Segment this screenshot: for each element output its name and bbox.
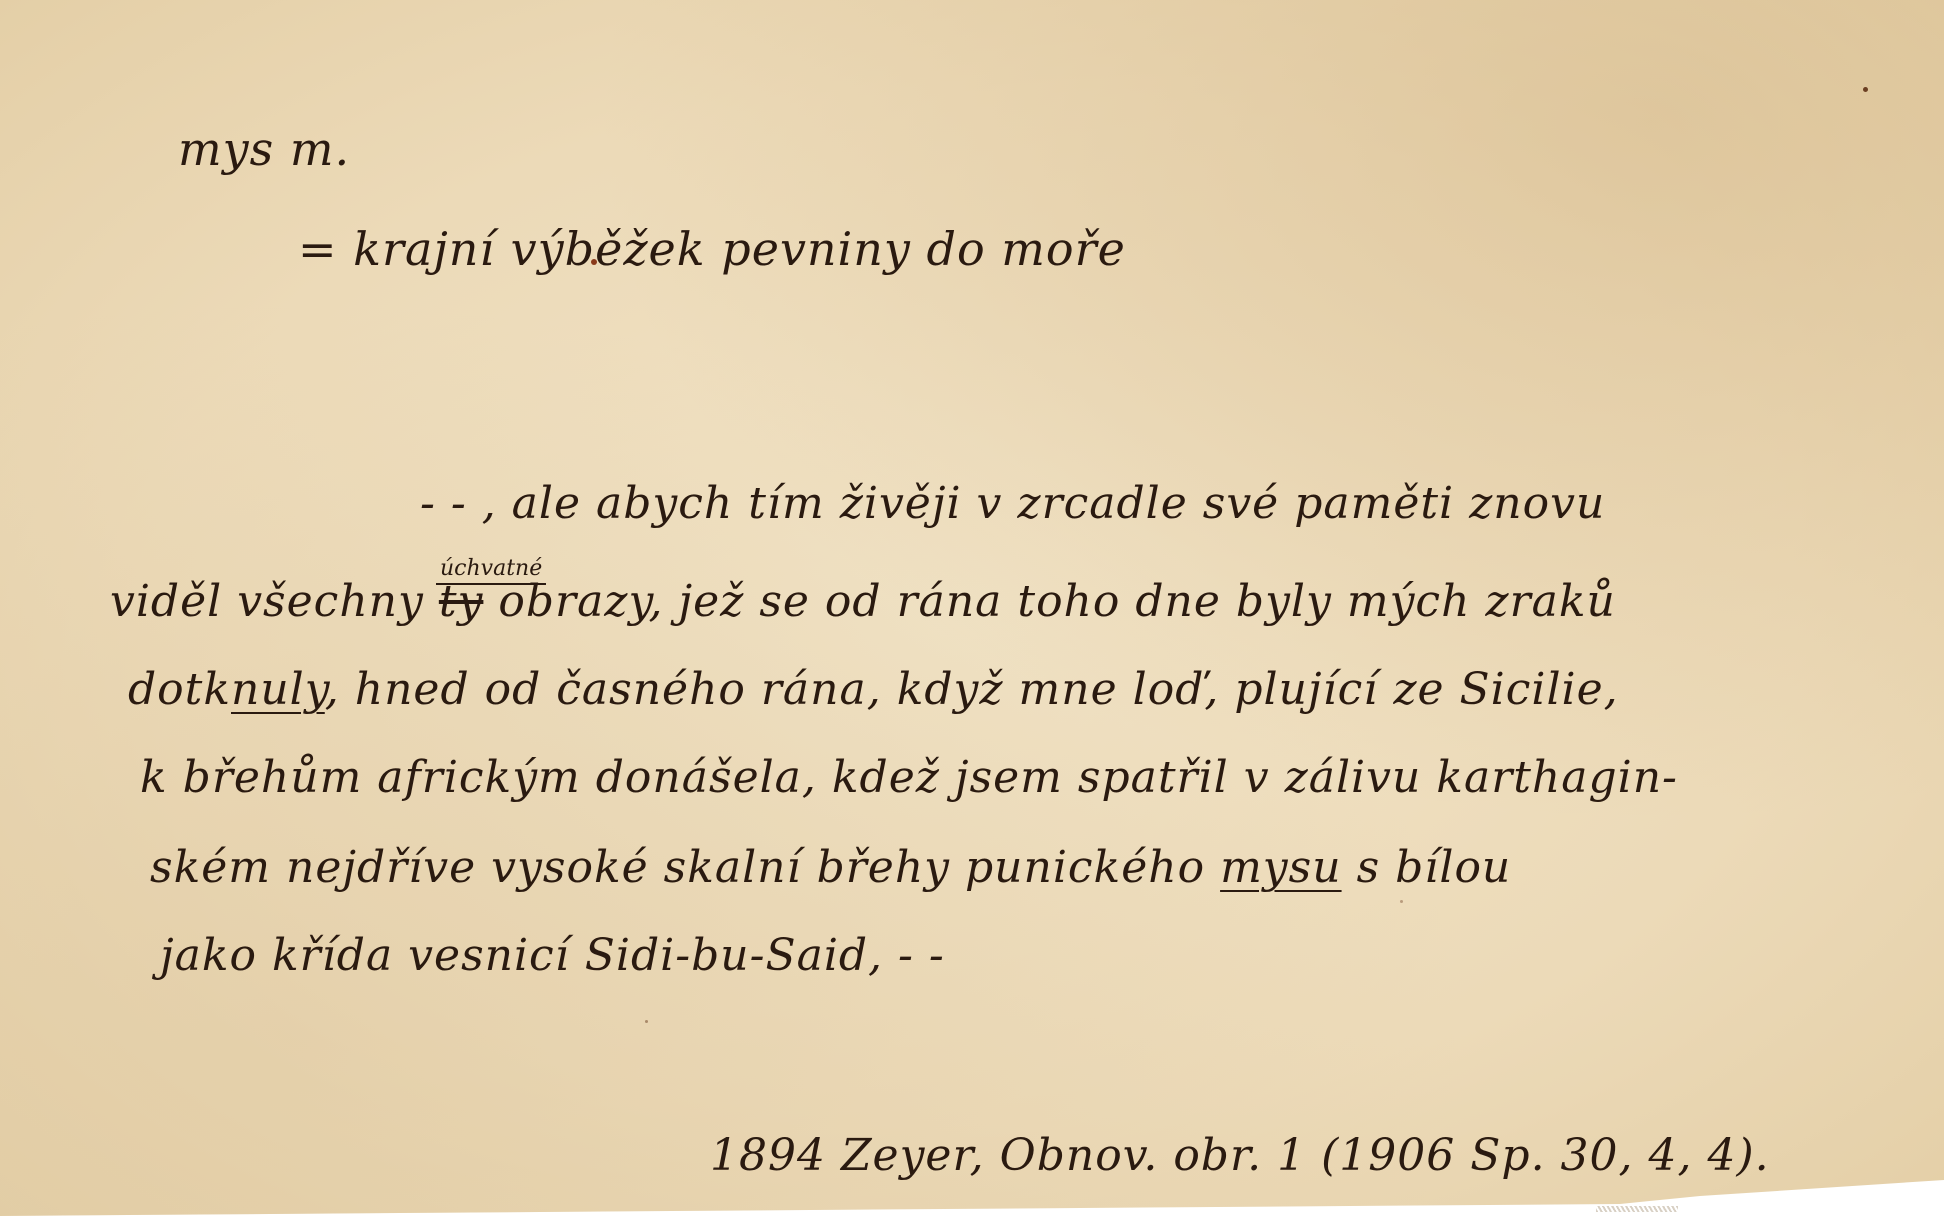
paper-speck xyxy=(1863,87,1868,92)
paper-speck xyxy=(645,1020,648,1023)
line-3-pre: dotk xyxy=(128,664,231,715)
definition: = krajní výběžek pevniny do moře xyxy=(298,222,1126,276)
line-5-pre: ském nejdříve vysoké skalní břehy punick… xyxy=(150,842,1220,893)
quotation-line-2: viděl všechny ty obrazy, jež se od rána … xyxy=(110,576,1616,627)
headword: mys m. xyxy=(178,122,350,176)
line-2-after: obrazy, jež se od rána toho dne byly mýc… xyxy=(483,576,1615,627)
scan-edge-artifact xyxy=(1596,1206,1678,1212)
quotation-line-4: k břehům africkým donášela, kdež jsem sp… xyxy=(140,752,1678,803)
line-3-post: , hned od časného rána, když mne loď, pl… xyxy=(325,664,1619,715)
quotation-line-5: ském nejdříve vysoké skalní břehy punick… xyxy=(150,842,1511,893)
struck-word: ty xyxy=(439,576,484,627)
paper-speck xyxy=(1400,900,1403,903)
line-2-before: viděl všechny xyxy=(110,576,439,627)
quotation-line-1: - - , ale abych tím živěji v zrcadle své… xyxy=(420,478,1605,529)
underlined-fragment: nuly xyxy=(231,664,325,715)
dictionary-slip-card: mys m. = krajní výběžek pevniny do moře … xyxy=(0,0,1944,1216)
underlined-headword-occurrence: mysu xyxy=(1220,842,1342,893)
quotation-line-6: jako křída vesnicí Sidi-bu-Said, - - xyxy=(160,930,945,981)
line-5-post: s bílou xyxy=(1342,842,1512,893)
source-citation: 1894 Zeyer, Obnov. obr. 1 (1906 Sp. 30, … xyxy=(710,1130,1770,1181)
quotation-line-3: dotknuly, hned od časného rána, když mne… xyxy=(128,664,1619,715)
